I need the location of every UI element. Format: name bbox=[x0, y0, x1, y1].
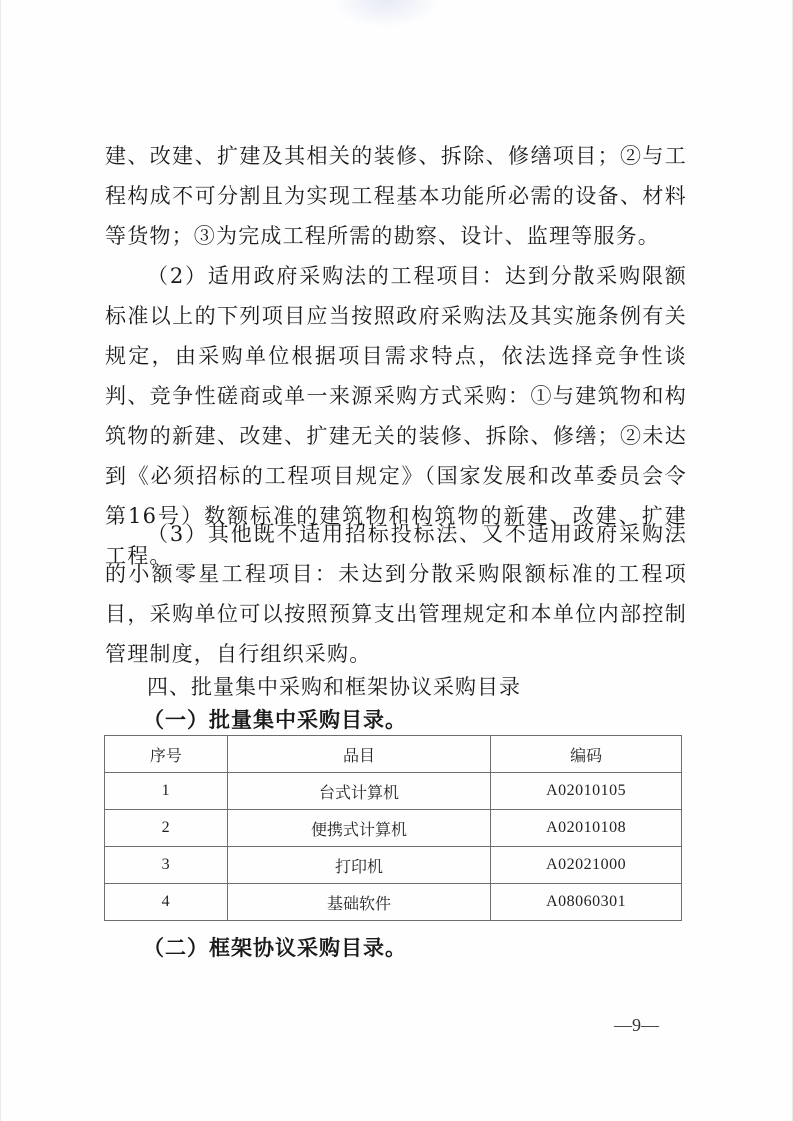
table-row: 3 打印机 A02021000 bbox=[105, 847, 682, 884]
paragraph-small-projects: （3）其他既不适用招标投标法、又不适用政府采购法的小额零星工程项目：未达到分散采… bbox=[105, 514, 687, 674]
cell-item: 基础软件 bbox=[227, 884, 490, 921]
header-item: 品目 bbox=[227, 736, 490, 773]
subsection-heading-bulk: （一）批量集中采购目录。 bbox=[143, 700, 407, 740]
cell-code: A08060301 bbox=[491, 884, 682, 921]
table-header-row: 序号 品目 编码 bbox=[105, 736, 682, 773]
paragraph-engineering-scope: 建、改建、扩建及其相关的装修、拆除、修缮项目；②与工程构成不可分割且为实现工程基… bbox=[105, 136, 687, 256]
cell-code: A02021000 bbox=[491, 847, 682, 884]
cell-serial-number: 3 bbox=[105, 847, 228, 884]
table-row: 2 便携式计算机 A02010108 bbox=[105, 810, 682, 847]
cell-code: A02010108 bbox=[491, 810, 682, 847]
scan-artifact bbox=[331, 0, 441, 28]
header-code: 编码 bbox=[491, 736, 682, 773]
subsection-heading-framework: （二）框架协议采购目录。 bbox=[143, 928, 407, 968]
cell-item: 打印机 bbox=[227, 847, 490, 884]
table-row: 1 台式计算机 A02010105 bbox=[105, 773, 682, 810]
cell-serial-number: 4 bbox=[105, 884, 228, 921]
cell-code: A02010105 bbox=[491, 773, 682, 810]
header-serial-number: 序号 bbox=[105, 736, 228, 773]
page-number: —9— bbox=[614, 1015, 659, 1036]
bulk-procurement-table: 序号 品目 编码 1 台式计算机 A02010105 2 便携式计算机 A020… bbox=[104, 735, 682, 921]
cell-serial-number: 2 bbox=[105, 810, 228, 847]
table-row: 4 基础软件 A08060301 bbox=[105, 884, 682, 921]
cell-serial-number: 1 bbox=[105, 773, 228, 810]
document-page: 建、改建、扩建及其相关的装修、拆除、修缮项目；②与工程构成不可分割且为实现工程基… bbox=[0, 0, 793, 1121]
cell-item: 便携式计算机 bbox=[227, 810, 490, 847]
cell-item: 台式计算机 bbox=[227, 773, 490, 810]
